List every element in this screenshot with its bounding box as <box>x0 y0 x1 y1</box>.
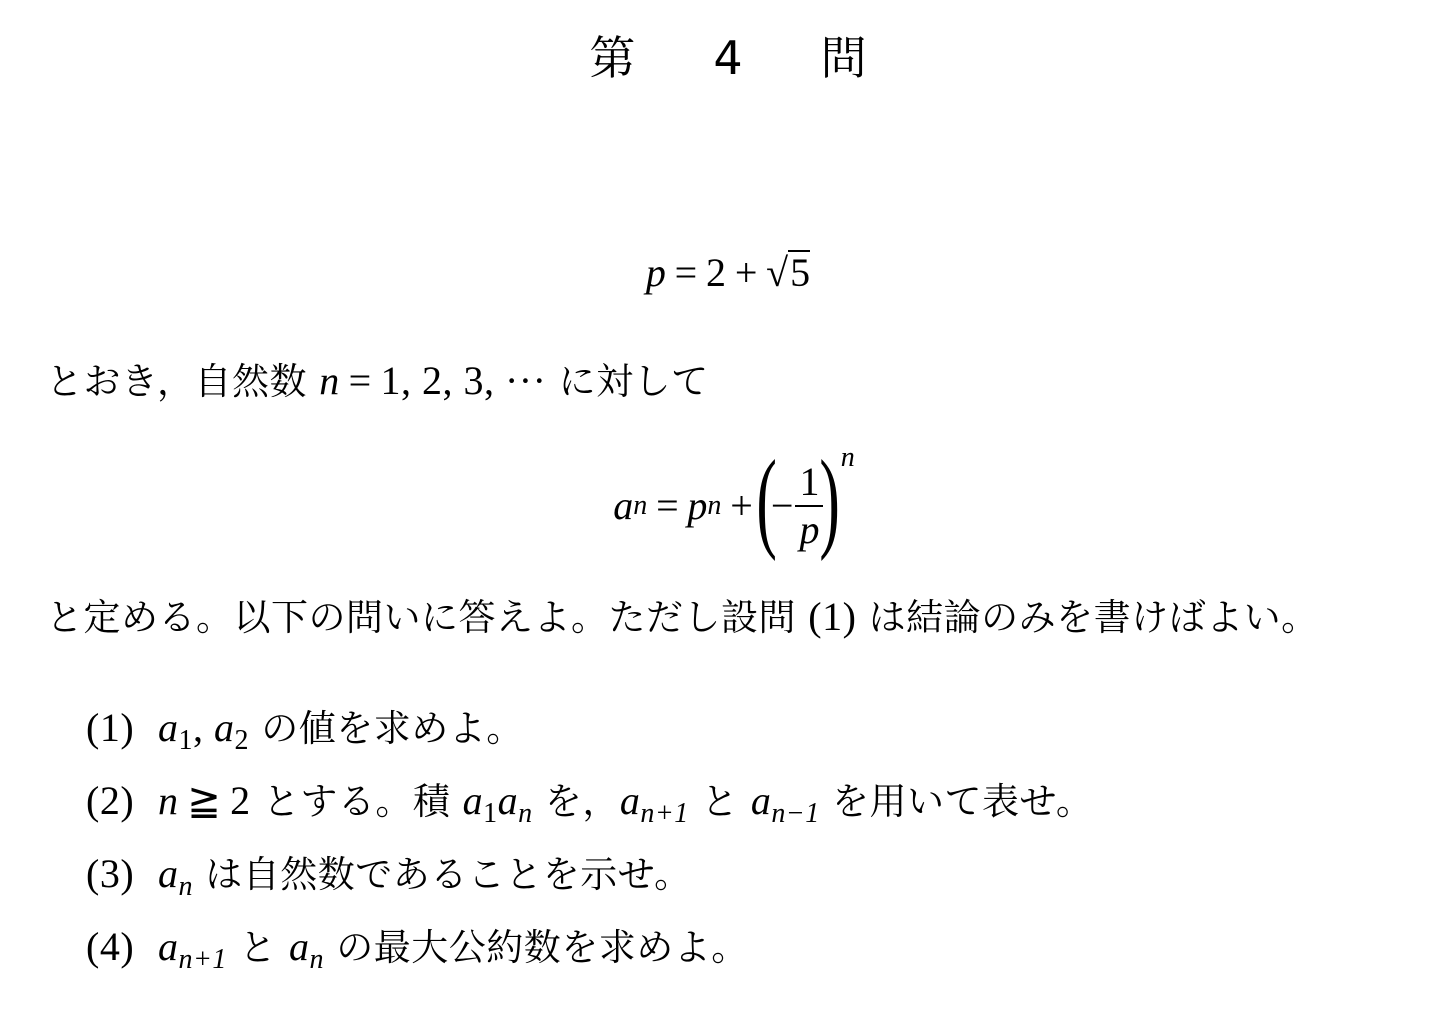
number-two: 2 <box>230 778 251 823</box>
question-text: の値を求めよ。 <box>249 707 524 750</box>
number-two: 2 <box>706 250 726 295</box>
var-a: a <box>498 778 519 823</box>
subscript: 2 <box>235 725 250 756</box>
question-label: (3) <box>86 849 158 899</box>
subscript: n−1 <box>771 798 819 829</box>
question-3: (3)an は自然数であることを示せ。 <box>86 849 692 912</box>
question-label: (2) <box>86 776 158 826</box>
question-1: (1)a1, a2 の値を求めよ。 <box>86 703 524 766</box>
var-p: p <box>687 482 707 529</box>
subscript: n <box>179 871 194 902</box>
question-reference: (1) <box>808 594 856 639</box>
var-a: a <box>158 851 179 896</box>
plus-sign: + <box>726 250 766 295</box>
equals-sign: = <box>340 358 381 403</box>
radicand: 5 <box>788 250 810 294</box>
subscript: n+1 <box>179 944 227 975</box>
var-a: a <box>620 778 641 823</box>
var-a: a <box>158 924 179 969</box>
intro-sentence: とおき，自然数 n=1, 2, 3, ··· に対して <box>46 356 709 407</box>
question-text: を用いて表せ。 <box>820 780 1094 823</box>
instruction-text-after: は結論のみを書けばよい。 <box>856 596 1318 639</box>
subscript: n <box>518 798 533 829</box>
title-prefix: 第 <box>589 28 635 88</box>
var-a: a <box>751 778 772 823</box>
outer-exponent-n: n <box>841 442 855 474</box>
subscript: n+1 <box>640 798 688 829</box>
var-a: a <box>158 705 179 750</box>
question-4: (4)an+1 と an の最大公約数を求めよ。 <box>86 922 749 985</box>
geqq-sign: ≧ <box>179 775 231 828</box>
title-number: 4 <box>713 28 742 88</box>
var-a: a <box>289 924 310 969</box>
equals-sign: = <box>647 482 687 529</box>
intro-text-after: に対して <box>546 360 708 403</box>
comma: , <box>193 705 204 750</box>
question-text: を， <box>533 780 620 823</box>
left-paren: ( <box>756 444 777 556</box>
var-a: a <box>214 705 235 750</box>
exponent-n: n <box>707 490 721 522</box>
var-a: a <box>463 778 484 823</box>
instruction-sentence: と定める。以下の問いに答えよ。ただし設問 (1) は結論のみを書けばよい。 <box>46 592 1319 643</box>
question-text: と <box>227 926 289 969</box>
question-label: (4) <box>86 922 158 972</box>
var-n: n <box>319 358 340 403</box>
var-a: a <box>613 482 633 529</box>
subscript: 1 <box>483 798 498 829</box>
equals-sign: = <box>666 250 706 295</box>
right-paren: ) <box>820 444 841 556</box>
equation-an-definition: an = pn + ( − 1 p ) n <box>0 448 1456 563</box>
sequence-values: 1, 2, 3, ··· <box>380 358 546 403</box>
radical-icon: √ <box>766 250 788 295</box>
equation-p-definition: p=2+√5 <box>0 248 1456 298</box>
intro-text-before: とおき，自然数 <box>46 360 319 403</box>
question-2: (2)n≧2 とする。積 a1an を，an+1 と an−1 を用いて表せ。 <box>86 776 1093 839</box>
var-p: p <box>646 250 666 295</box>
square-root: √5 <box>766 248 810 298</box>
title-suffix: 問 <box>821 28 867 88</box>
question-text: とする。積 <box>251 780 463 823</box>
problem-title: 第4問 <box>0 28 1456 88</box>
subscript: 1 <box>179 725 194 756</box>
question-text: の最大公約数を求めよ。 <box>324 926 749 969</box>
question-label: (1) <box>86 703 158 753</box>
question-text: と <box>689 780 751 823</box>
subscript: n <box>309 944 324 975</box>
var-n: n <box>158 778 179 823</box>
question-text: は自然数であることを示せ。 <box>193 853 692 896</box>
subscript-n: n <box>633 490 647 522</box>
instruction-text-before: と定める。以下の問いに答えよ。ただし設問 <box>46 596 808 639</box>
